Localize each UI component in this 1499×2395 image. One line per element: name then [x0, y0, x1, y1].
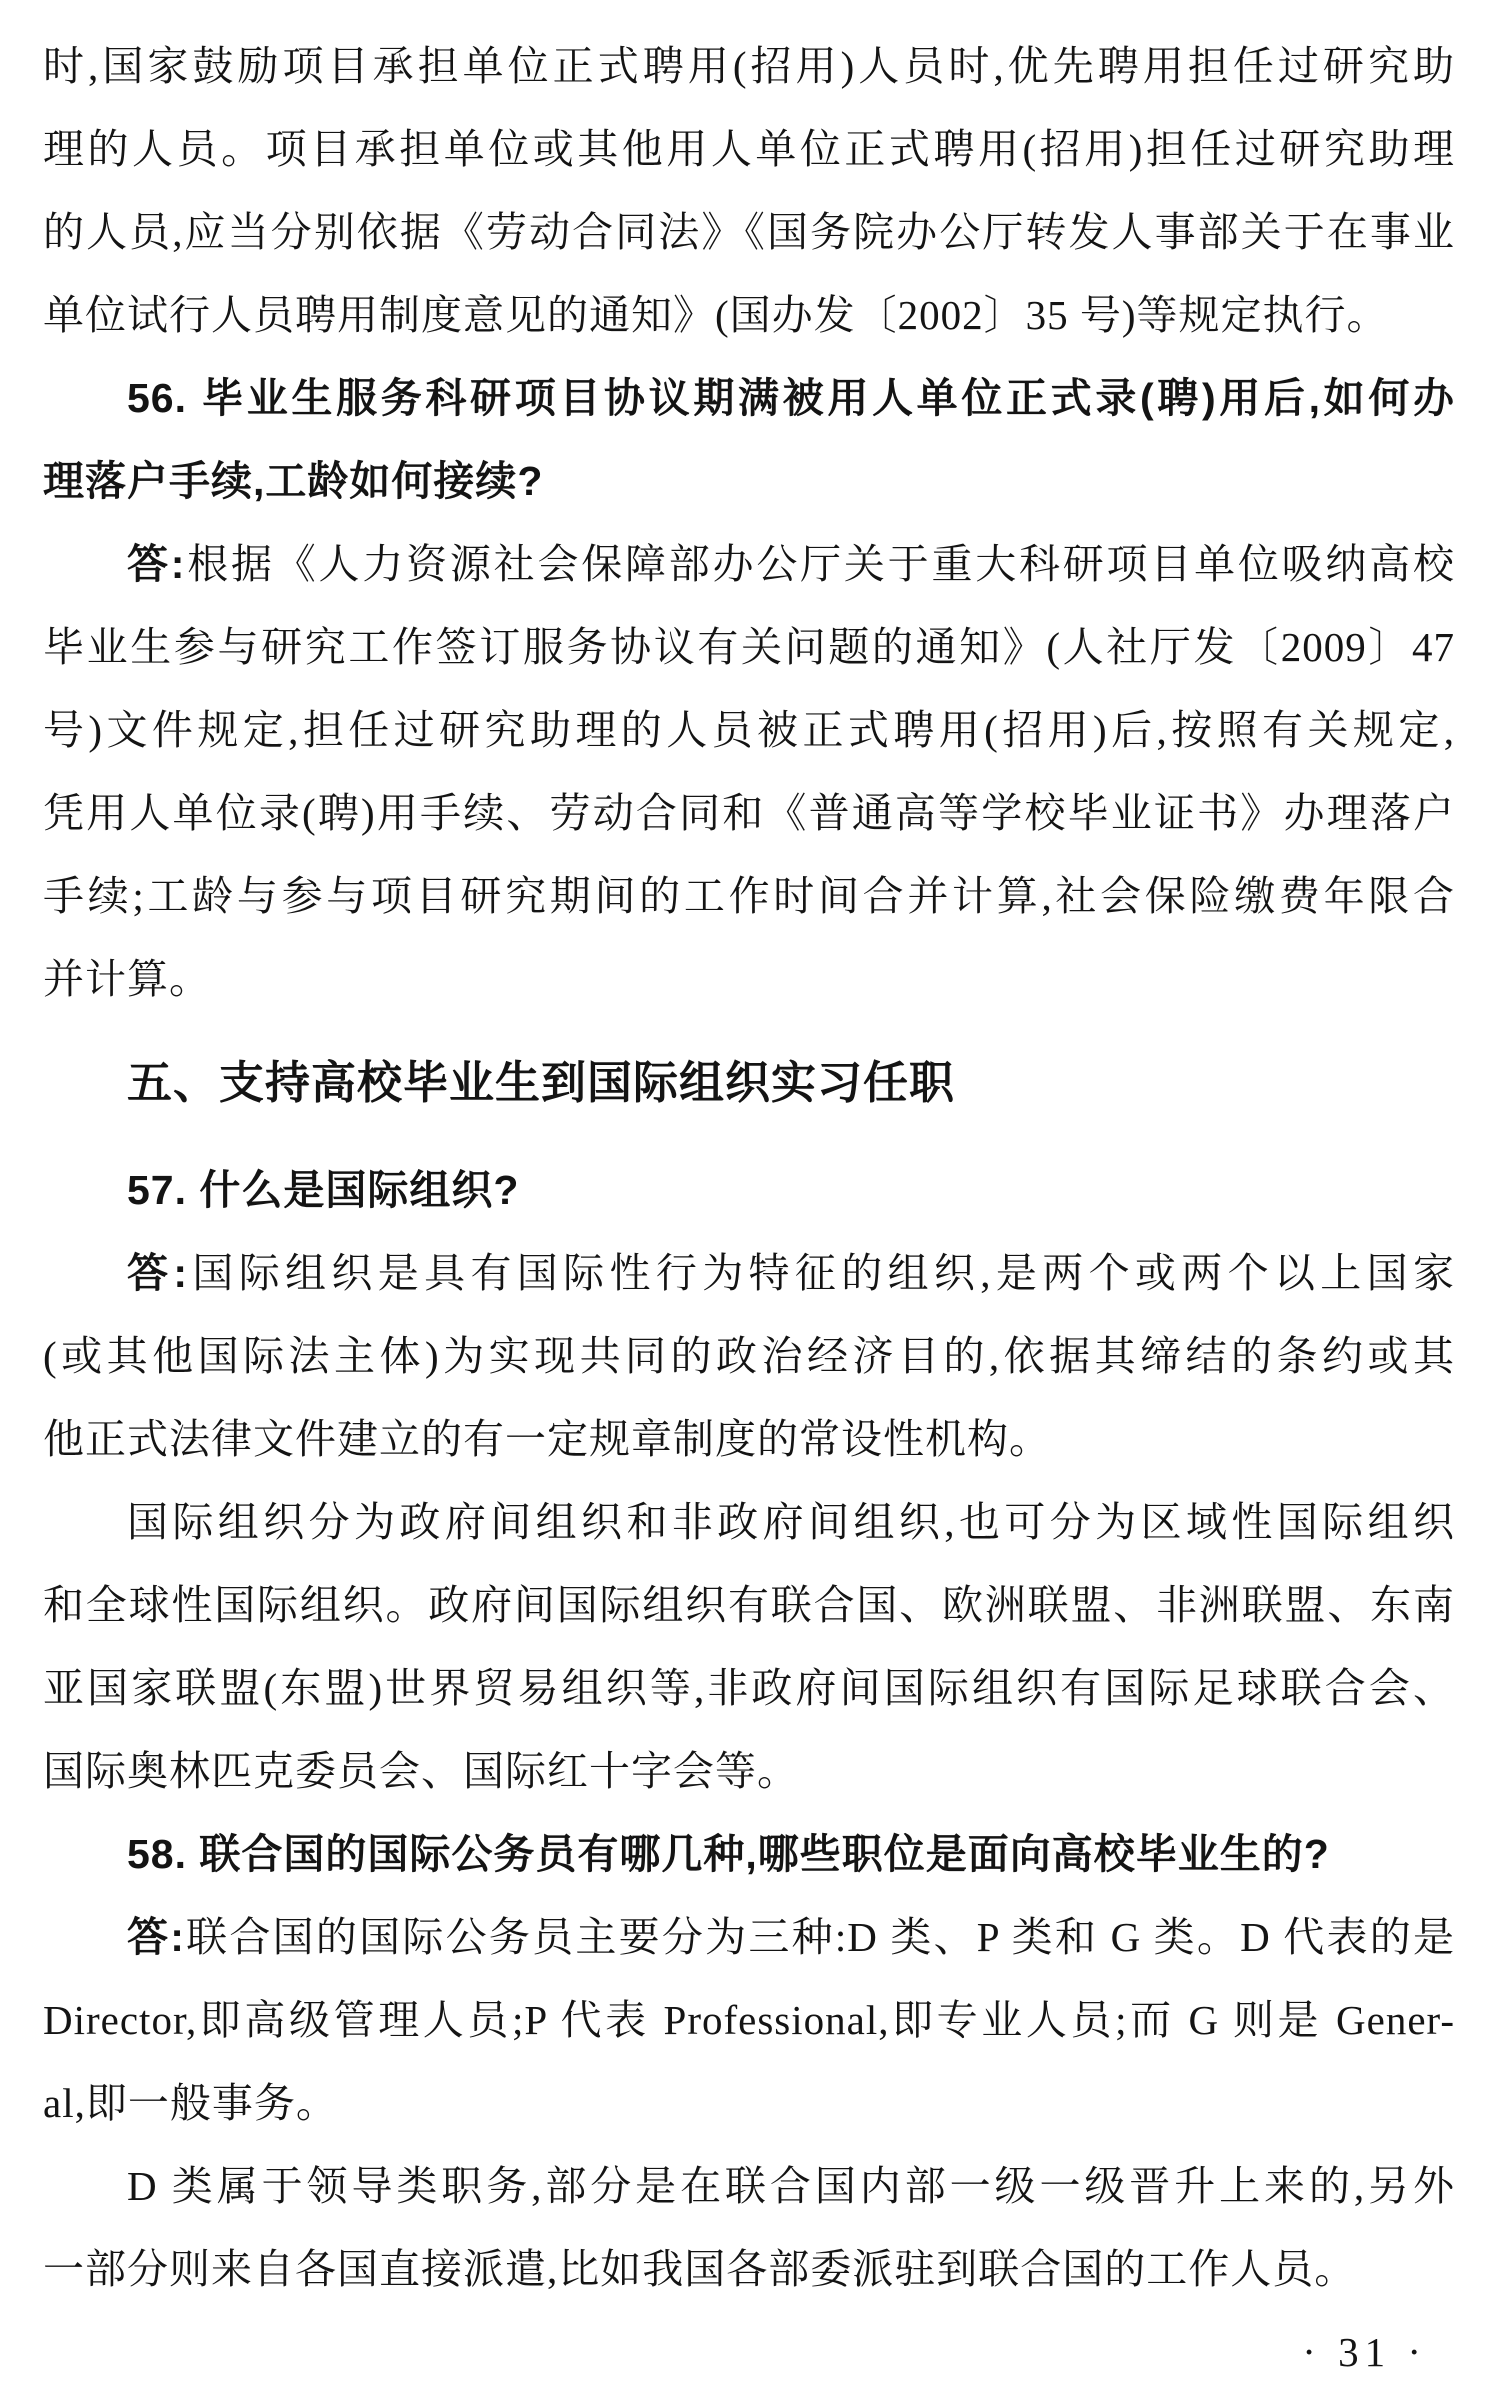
section-heading: 五、支持高校毕业生到国际组织实习任职	[43, 1041, 1455, 1124]
text-line: 他正式法律文件建立的有一定规章制度的常设性机构。	[43, 1398, 1455, 1481]
question-line: 58. 联合国的国际公务员有哪几种,哪些职位是面向高校毕业生的?	[43, 1813, 1455, 1896]
answer-prefix: 答:	[127, 541, 185, 587]
text-line: 国际奥林匹克委员会、国际红十字会等。	[43, 1730, 1455, 1813]
answer-prefix: 答:	[127, 1914, 185, 1960]
text-line: 理的人员。项目承担单位或其他用人单位正式聘用(招用)担任过研究助理	[43, 108, 1455, 191]
page-number: · 31 ·	[43, 2311, 1455, 2394]
text-line: 一部分则来自各国直接派遣,比如我国各部委派驻到联合国的工作人员。	[43, 2228, 1455, 2311]
answer-prefix: 答:	[127, 1250, 188, 1296]
document-page: 时,国家鼓励项目承担单位正式聘用(招用)人员时,优先聘用担任过研究助理的人员。项…	[0, 0, 1499, 2395]
text-line: Director,即高级管理人员;P 代表 Professional,即专业人员…	[43, 1979, 1455, 2062]
text-lines: 时,国家鼓励项目承担单位正式聘用(招用)人员时,优先聘用担任过研究助理的人员。项…	[43, 25, 1455, 2311]
text-line: D 类属于领导类职务,部分是在联合国内部一级一级晋升上来的,另外	[43, 2145, 1455, 2228]
text-line: 凭用人单位录(聘)用手续、劳动合同和《普通高等学校毕业证书》办理落户	[43, 772, 1455, 855]
text-line: 答:联合国的国际公务员主要分为三种:D 类、P 类和 G 类。D 代表的是	[43, 1896, 1455, 1979]
question-line: 57. 什么是国际组织?	[43, 1149, 1455, 1232]
text-line: 并计算。	[43, 938, 1455, 1021]
text-line: 毕业生参与研究工作签订服务协议有关问题的通知》(人社厅发〔2009〕47	[43, 606, 1455, 689]
text-line: 和全球性国际组织。政府间国际组织有联合国、欧洲联盟、非洲联盟、东南	[43, 1564, 1455, 1647]
text-line: 时,国家鼓励项目承担单位正式聘用(招用)人员时,优先聘用担任过研究助	[43, 25, 1455, 108]
text-line: 亚国家联盟(东盟)世界贸易组织等,非政府间国际组织有国际足球联合会、	[43, 1647, 1455, 1730]
text-line: 单位试行人员聘用制度意见的通知》(国办发〔2002〕35 号)等规定执行。	[43, 274, 1455, 357]
text-line: 国际组织分为政府间组织和非政府间组织,也可分为区域性国际组织	[43, 1481, 1455, 1564]
text-line: 号)文件规定,担任过研究助理的人员被正式聘用(招用)后,按照有关规定,	[43, 689, 1455, 772]
question-line: 56. 毕业生服务科研项目协议期满被用人单位正式录(聘)用后,如何办	[43, 357, 1455, 440]
text-line: al,即一般事务。	[43, 2062, 1455, 2145]
text-line: (或其他国际法主体)为实现共同的政治经济目的,依据其缔结的条约或其	[43, 1315, 1455, 1398]
question-line: 理落户手续,工龄如何接续?	[43, 440, 1455, 523]
text-line: 手续;工龄与参与项目研究期间的工作时间合并计算,社会保险缴费年限合	[43, 855, 1455, 938]
text-line: 答:根据《人力资源社会保障部办公厅关于重大科研项目单位吸纳高校	[43, 523, 1455, 606]
text-line: 答:国际组织是具有国际性行为特征的组织,是两个或两个以上国家	[43, 1232, 1455, 1315]
text-line: 的人员,应当分别依据《劳动合同法》《国务院办公厅转发人事部关于在事业	[43, 191, 1455, 274]
